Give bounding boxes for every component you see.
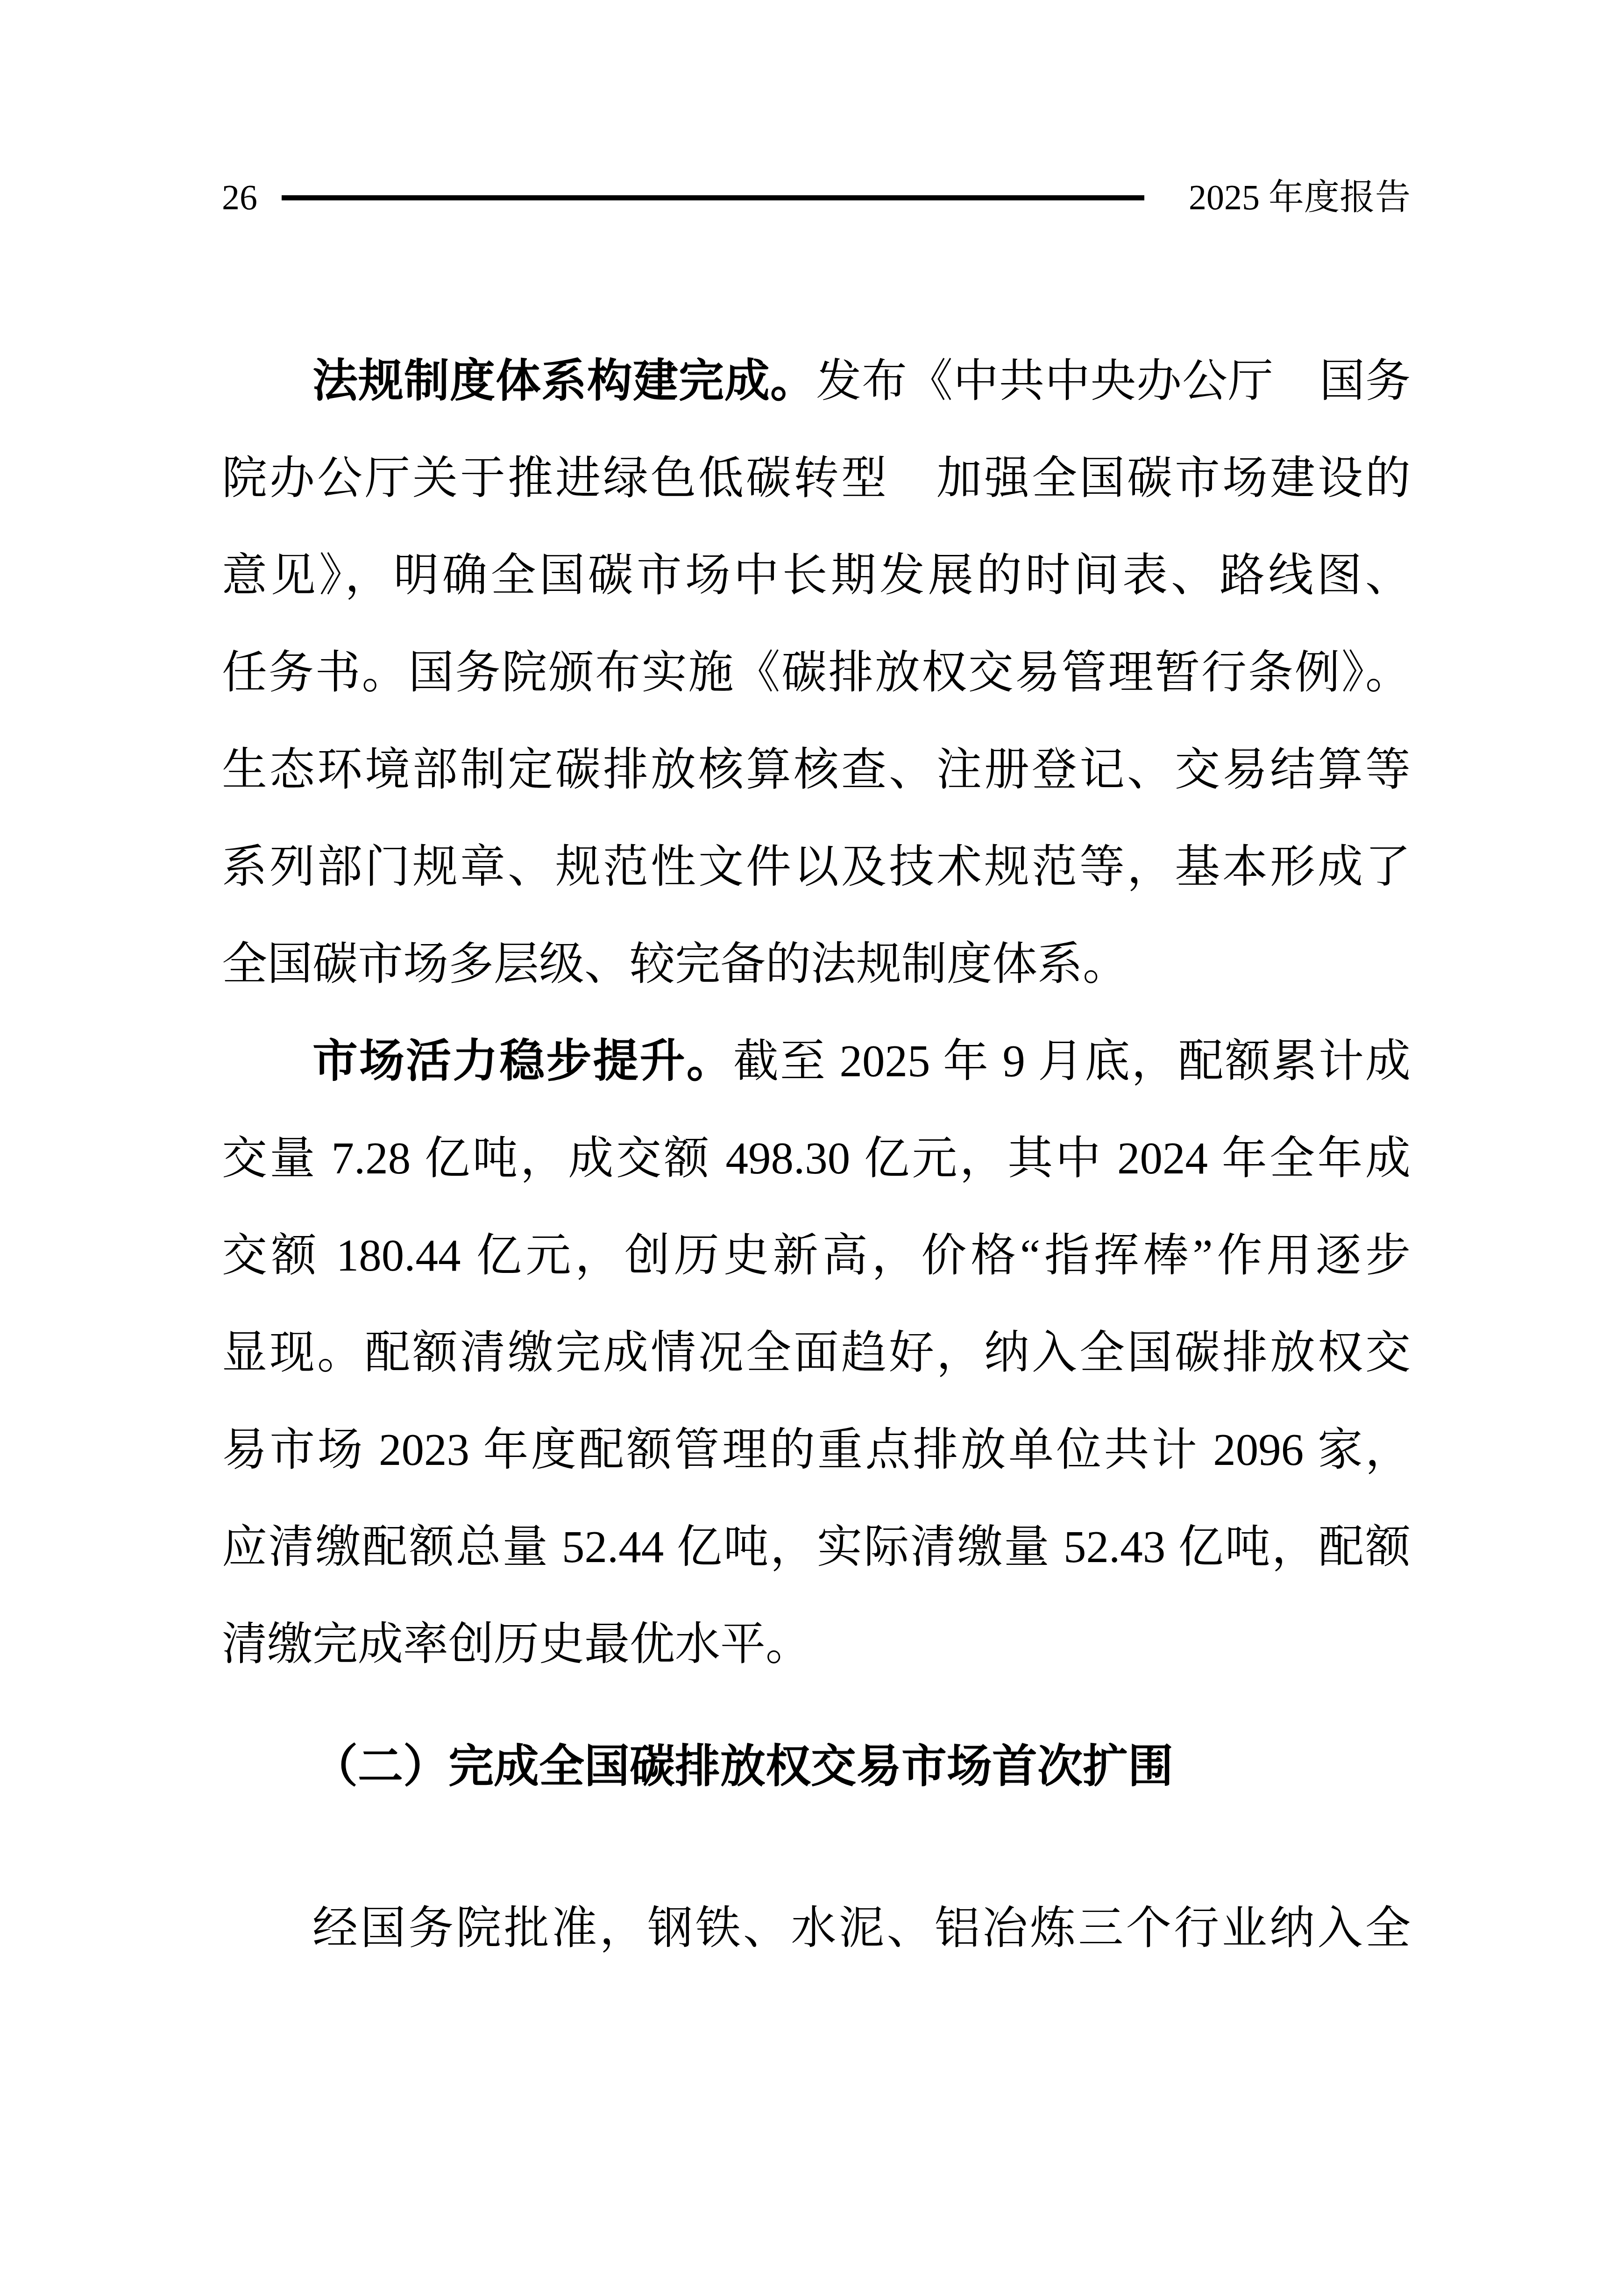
text-line: 显现。配额清缴完成情况全面趋好，纳入全国碳排放权交 <box>222 1304 1411 1401</box>
text-line: 院办公厅关于推进绿色低碳转型 加强全国碳市场建设的 <box>222 430 1411 527</box>
paragraph-3: 经国务院批准，钢铁、水泥、铝冶炼三个行业纳入全 <box>222 1880 1411 1977</box>
body-text: 法规制度体系构建完成。发布《中共中央办公厅 国务 院办公厅关于推进绿色低碳转型 … <box>222 333 1411 1977</box>
text-line: 易市场 2023 年度配额管理的重点排放单位共计 2096 家， <box>222 1401 1411 1499</box>
text-line: 清缴完成率创历史最优水平。 <box>222 1596 1411 1693</box>
page-header: 26 2025 年度报告 <box>222 180 1411 215</box>
report-title: 2025 年度报告 <box>1189 180 1411 215</box>
paragraph-lead-bold: 市场活力稳步提升。 <box>312 1036 733 1086</box>
text-line: 意见》，明确全国碳市场中长期发展的时间表、路线图、 <box>222 527 1411 624</box>
text-line: 任务书。国务院颁布实施《碳排放权交易管理暂行条例》。 <box>222 624 1411 721</box>
header-rule <box>282 195 1144 200</box>
page-number: 26 <box>222 180 257 215</box>
paragraph-2: 市场活力稳步提升。截至 2025 年 9 月底，配额累计成 交量 7.28 亿吨… <box>222 1013 1411 1693</box>
text-line: 交额 180.44 亿元，创历史新高，价格“指挥棒”作用逐步 <box>222 1207 1411 1304</box>
paragraph-1: 法规制度体系构建完成。发布《中共中央办公厅 国务 院办公厅关于推进绿色低碳转型 … <box>222 333 1411 1013</box>
paragraph-lead-bold: 法规制度体系构建完成。 <box>312 356 816 406</box>
text-line: 市场活力稳步提升。截至 2025 年 9 月底，配额累计成 <box>222 1013 1411 1110</box>
text-line: 系列部门规章、规范性文件以及技术规范等，基本形成了 <box>222 818 1411 916</box>
text-line: 交量 7.28 亿吨，成交额 498.30 亿元，其中 2024 年全年成 <box>222 1110 1411 1207</box>
text-line: 生态环境部制定碳排放核算核查、注册登记、交易结算等 <box>222 721 1411 818</box>
text-line-rest: 发布《中共中央办公厅 国务 <box>816 356 1411 406</box>
text-line: 经国务院批准，钢铁、水泥、铝冶炼三个行业纳入全 <box>222 1880 1411 1977</box>
document-page: 26 2025 年度报告 法规制度体系构建完成。发布《中共中央办公厅 国务 院办… <box>0 0 1624 2295</box>
section-heading: （二）完成全国碳排放权交易市场首次扩围 <box>222 1718 1411 1815</box>
text-line: 法规制度体系构建完成。发布《中共中央办公厅 国务 <box>222 333 1411 430</box>
text-line: 应清缴配额总量 52.44 亿吨，实际清缴量 52.43 亿吨，配额 <box>222 1499 1411 1596</box>
text-line-rest: 截至 2025 年 9 月底，配额累计成 <box>733 1036 1411 1086</box>
text-line: 全国碳市场多层级、较完备的法规制度体系。 <box>222 916 1411 1013</box>
